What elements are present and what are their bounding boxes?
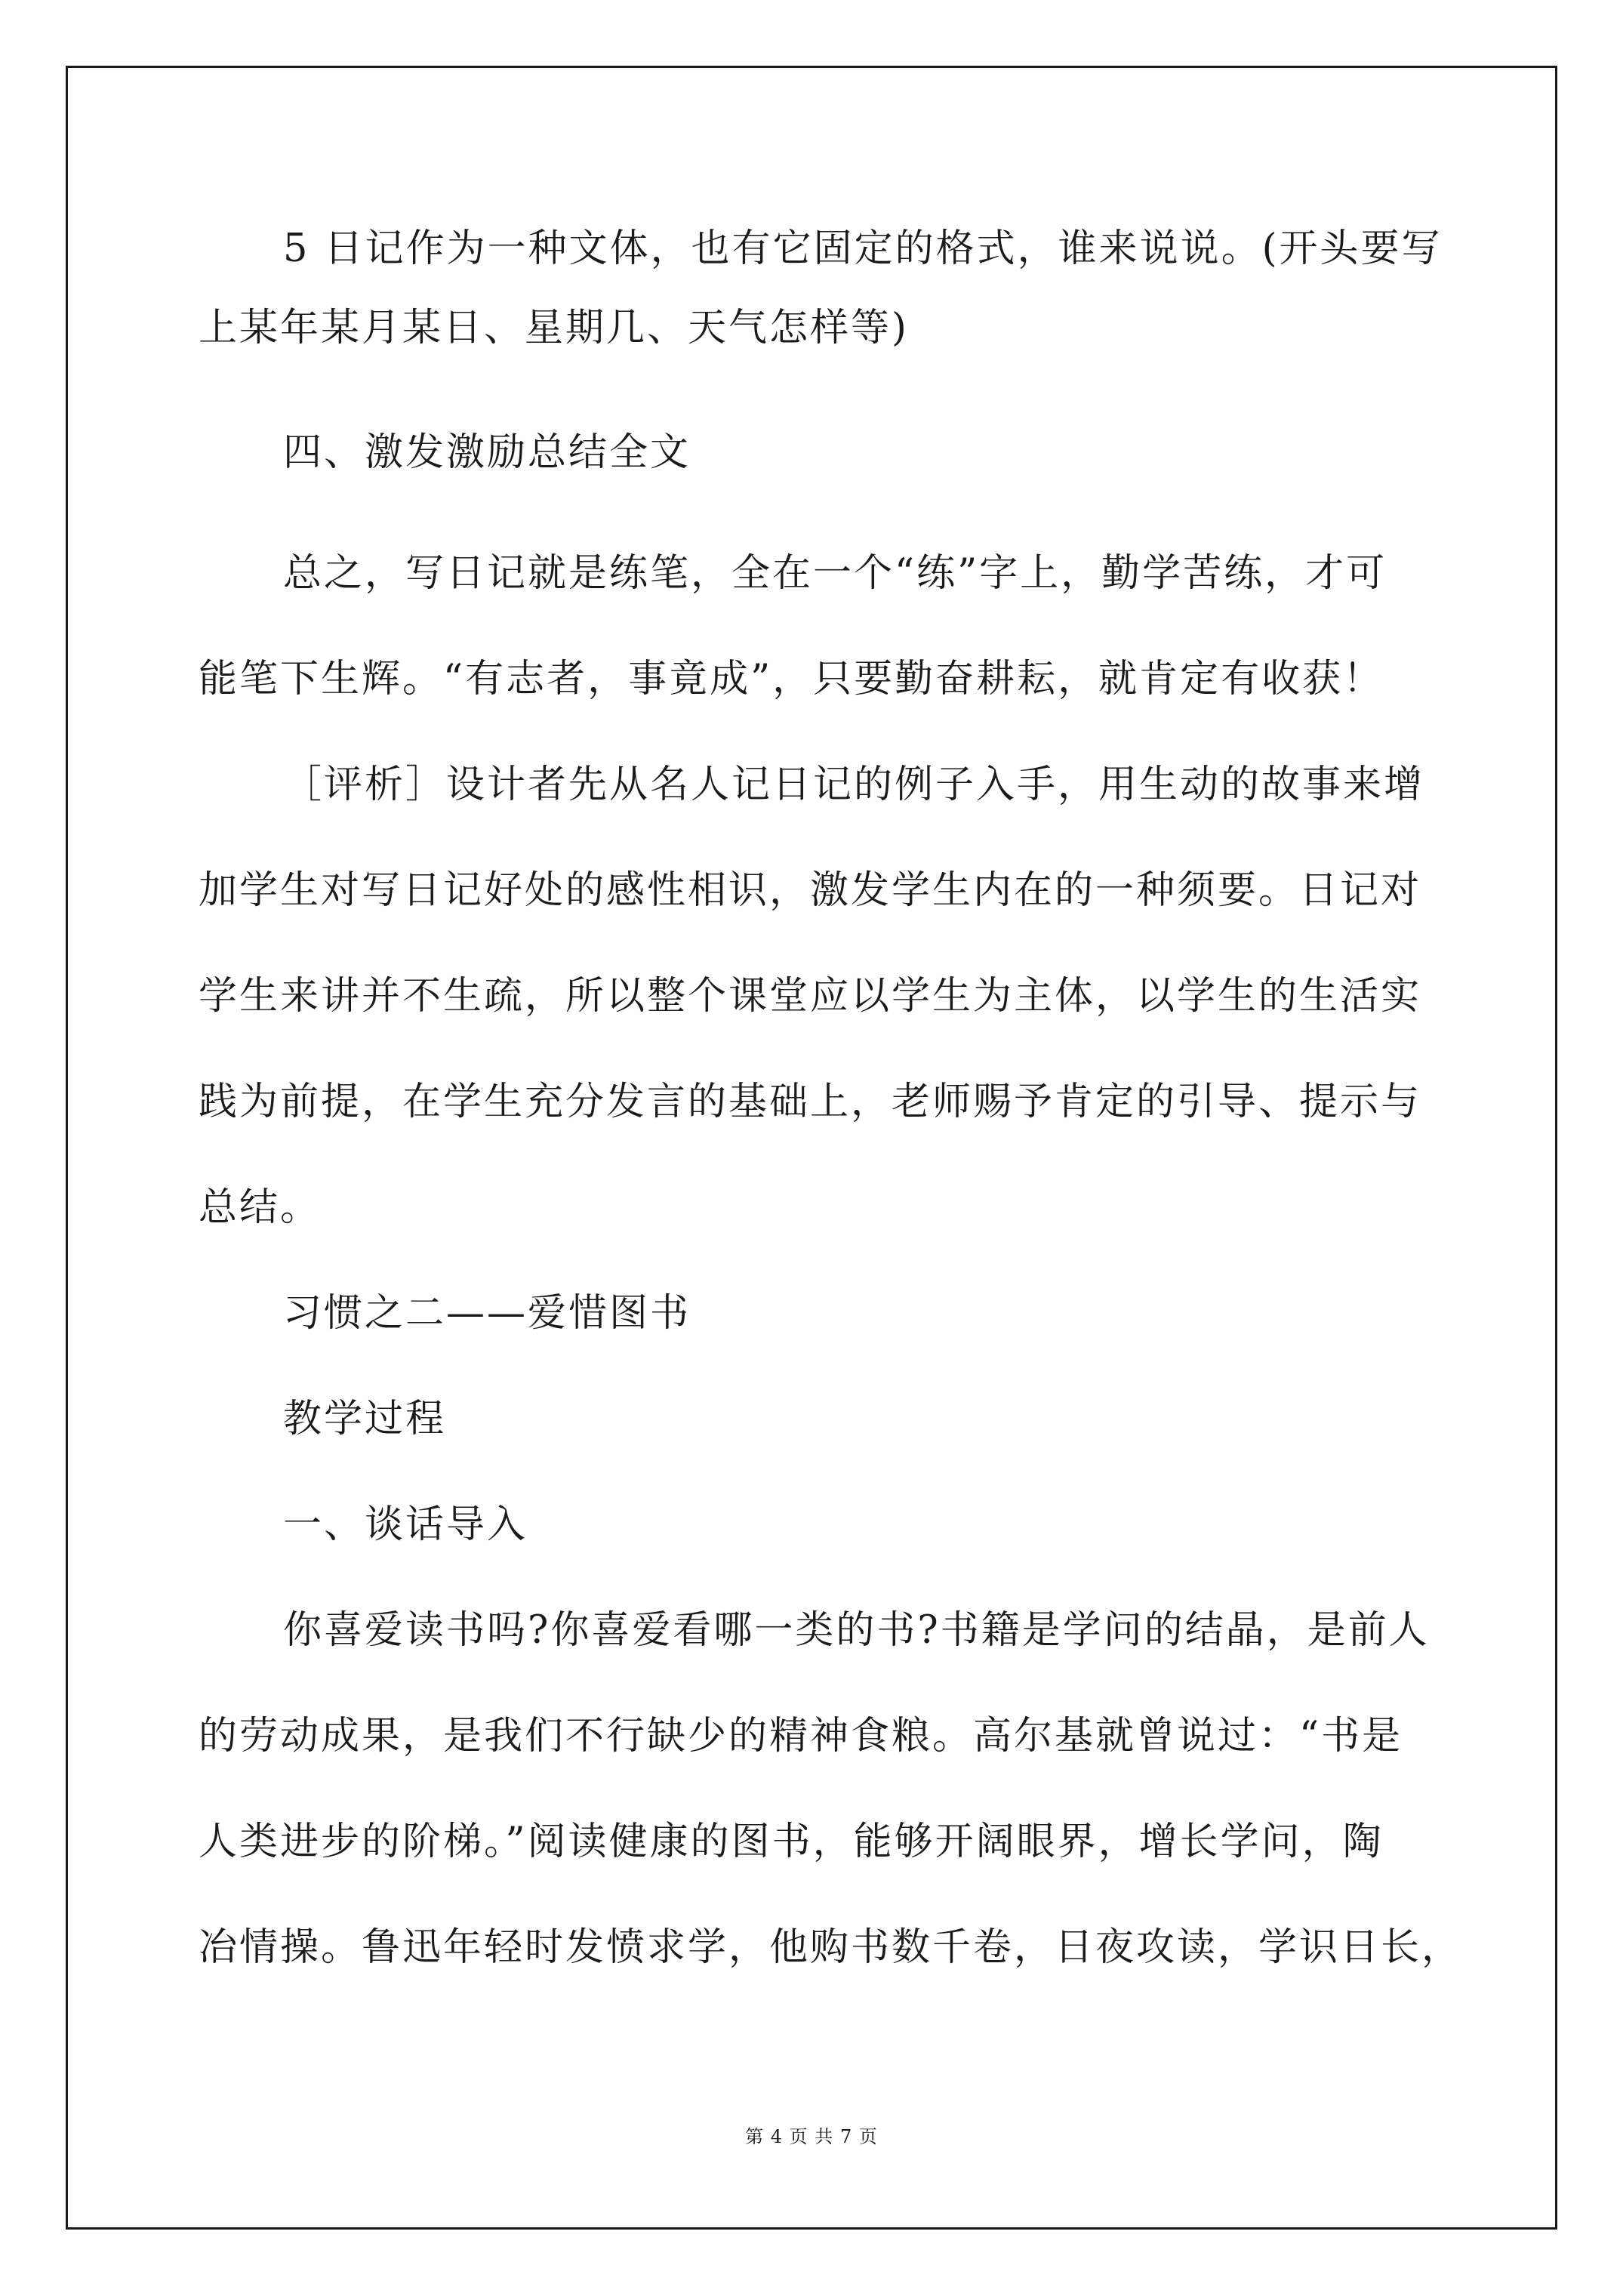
section-heading: 一、谈话导入: [283, 1502, 528, 1548]
paragraph-line: 总之，写日记就是练笔，全在一个“练”字上，勤学苦练，才可: [283, 551, 1387, 596]
paragraph-line: ［评析］设计者先从名人记日记的例子入手，用生动的故事来增: [283, 763, 1424, 808]
paragraph-line: 5 日记作为一种文体，也有它固定的格式，谁来说说。(开头要写: [283, 227, 1443, 272]
paragraph-line: 能笔下生辉。“有志者，事竟成”，只要勤奋耕耘，就肯定有收获！: [199, 657, 1384, 702]
paragraph-line: 的劳动成果，是我们不行缺少的精神食粮。高尔基就曾说过：“书是: [199, 1714, 1403, 1759]
paragraph-line: 践为前提，在学生充分发言的基础上，老师赐予肯定的引导、提示与: [199, 1080, 1421, 1125]
section-heading: 教学过程: [283, 1397, 446, 1442]
paragraph-line: 冶情操。鲁迅年轻时发愤求学，他购书数千卷，日夜攻读，学识日长，: [199, 1925, 1462, 1971]
paragraph-line: 总结。: [199, 1185, 321, 1231]
paragraph-line: 人类进步的阶梯。”阅读健康的图书，能够开阔眼界，增长学问，陶: [199, 1820, 1384, 1865]
page-border: [66, 66, 1557, 2230]
section-heading: 习惯之二——爱惜图书: [283, 1291, 691, 1336]
paragraph-line: 加学生对写日记好处的感性相识，激发学生内在的一种须要。日记对: [199, 868, 1421, 914]
paragraph-line: 上某年某月某日、星期几、天气怎样等): [199, 306, 909, 351]
page-number-footer: 第 4 页 共 7 页: [0, 2125, 1623, 2148]
section-heading: 四、激发激励总结全文: [283, 430, 691, 476]
paragraph-line: 学生来讲并不生疏，所以整个课堂应以学生为主体，以学生的生活实: [199, 974, 1421, 1019]
paragraph-line: 你喜爱读书吗?你喜爱看哪一类的书?书籍是学问的结晶，是前人: [283, 1608, 1430, 1653]
